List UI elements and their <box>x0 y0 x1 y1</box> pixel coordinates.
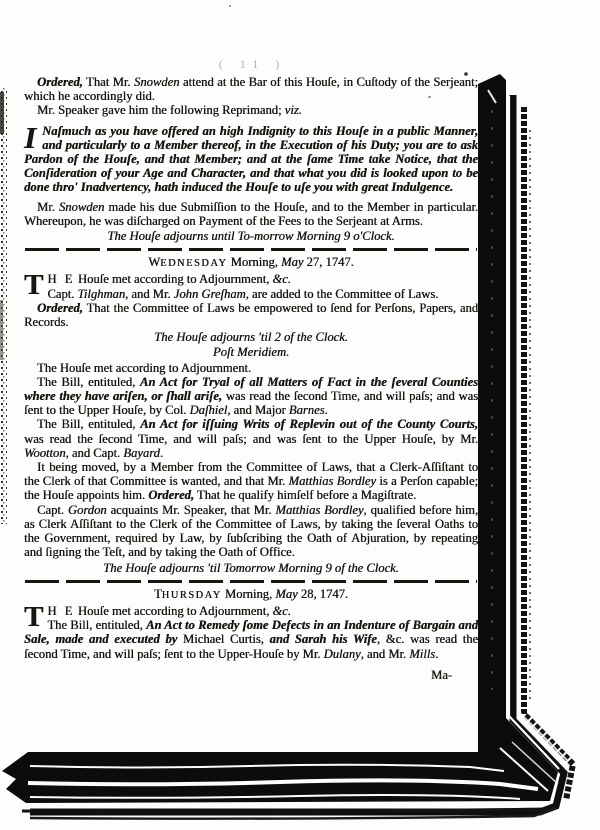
text-run: That Mr. <box>83 75 134 89</box>
text-run: . <box>160 446 163 460</box>
text-run: , are added to the Committee of Laws. <box>246 287 439 301</box>
text-run: Matthias Bordley <box>289 474 376 488</box>
paragraph: Mr. Snowden made his due Submiſſion to t… <box>24 200 478 228</box>
text-run: Matthias Bordley <box>275 503 363 517</box>
text-run: H E <box>47 272 74 286</box>
text-run: Ma- <box>431 668 452 682</box>
paragraph: Capt. Gordon acquaints Mr. Speaker, that… <box>24 503 478 560</box>
text-run: viz. <box>285 103 302 117</box>
scan-artifact-speck <box>229 5 231 7</box>
session-heading: THURSDAY Morning, May 28, 1747. <box>24 587 478 603</box>
paragraph: Ordered, That the Committee of Laws be e… <box>24 301 478 329</box>
paragraph: The Houſe met according to Adjournment. <box>24 361 478 375</box>
text-run: Mr. <box>37 200 59 214</box>
text-run: . <box>435 647 438 661</box>
text-run: Poſt Meridiem. <box>213 345 289 359</box>
text-run: The Bill, entituled, <box>37 417 140 431</box>
section-divider <box>25 248 477 251</box>
catchword: Ma- <box>24 668 478 682</box>
adjournment-line: Poſt Meridiem. <box>24 345 478 359</box>
text-run: Houſe met according to Adjournment, <box>75 604 273 618</box>
paragraph: Mr. Speaker gave him the following Repri… <box>24 103 478 117</box>
paragraph: The Bill, entituled, An Act for iſſuing … <box>24 417 478 460</box>
text-run: Ordered, <box>37 75 83 89</box>
scanned-document-page: ( 11 ) Ordered, That Mr. Snowden attend … <box>0 0 600 830</box>
text-run: , and Mr. <box>361 647 410 661</box>
document-body: Ordered, That Mr. Snowden attend at the … <box>24 75 478 682</box>
text-run: The Bill, entituled, <box>37 375 140 389</box>
text-run: The Houſe adjourns 'til 2 of the Clock. <box>154 330 348 344</box>
session-opening-paragraph: TH E Houſe met according to Adjournment,… <box>24 272 478 300</box>
text-run: acquaints Mr. Speaker, that Mr. <box>107 503 276 517</box>
text-run: Barnes <box>289 403 325 417</box>
text-run: Morning, <box>222 587 276 601</box>
text-run: Ordered, <box>37 301 83 315</box>
text-run: Gordon <box>68 503 107 517</box>
text-run: W <box>148 255 160 269</box>
adjournment-line: The Houſe adjourns 'til Tomorrow Morning… <box>24 561 478 575</box>
text-run: was read the ſecond Time, and will paſs;… <box>24 432 478 446</box>
text-run: Mr. Speaker gave him the following Repri… <box>37 103 285 117</box>
text-run: Houſe met according to Adjournment, <box>75 272 273 286</box>
text-run: HURSDAY <box>162 590 222 601</box>
text-run: Morning, <box>227 255 281 269</box>
reprimand-paragraph: INaſmuch as you have offered an high Ind… <box>24 124 478 195</box>
paragraph: It being moved, by a Member from the Com… <box>24 460 478 503</box>
text-run: 27, 1747. <box>303 255 353 269</box>
text-run: John Greſham <box>174 287 246 301</box>
text-run: The Houſe adjourns until To-morrow Morni… <box>107 229 394 243</box>
text-run: , and Capt. <box>66 446 124 460</box>
drop-cap: T <box>24 604 47 629</box>
text-run: , and Mr. <box>125 287 174 301</box>
text-run: Tilghman <box>77 287 125 301</box>
text-run: 28, 1747. <box>298 587 348 601</box>
text-run: Naſmuch as you have offered an high Indi… <box>24 124 478 195</box>
text-run: Snowden <box>134 75 179 89</box>
text-run: Mills <box>409 647 435 661</box>
text-run: T <box>154 587 162 601</box>
text-run: . <box>324 403 327 417</box>
session-opening-paragraph: TH E Houſe met according to Adjournment,… <box>24 604 478 661</box>
section-divider <box>25 580 477 583</box>
text-run: The Houſe met according to Adjournment. <box>37 361 251 375</box>
text-run: That the Committee of Laws be empowered … <box>24 301 478 329</box>
text-run: &c. <box>272 604 291 618</box>
text-run: Snowden <box>59 200 104 214</box>
paragraph: Ordered, That Mr. Snowden attend at the … <box>24 75 478 103</box>
text-run: , and Major <box>227 403 289 417</box>
drop-cap: T <box>24 272 47 297</box>
text-run: The Bill, entituled, <box>47 618 146 632</box>
text-run: Capt. <box>37 503 68 517</box>
text-run: An Act for iſſuing Writs of Replevin out… <box>140 417 478 431</box>
adjournment-line: The Houſe adjourns 'til 2 of the Clock. <box>24 330 478 344</box>
text-run: Ordered, <box>148 488 194 502</box>
text-run: Wootton <box>24 446 66 460</box>
text-run: Bayard <box>123 446 160 460</box>
text-run: Dulany <box>324 647 361 661</box>
text-run: The Houſe adjourns 'til Tomorrow Morning… <box>103 561 399 575</box>
text-run: EDNESDAY <box>160 258 227 269</box>
text-run: May <box>275 587 297 601</box>
page-number: ( 11 ) <box>0 57 505 72</box>
text-run: H E <box>47 604 74 618</box>
drop-cap: I <box>24 124 42 149</box>
session-heading: WEDNESDAY Morning, May 27, 1747. <box>24 255 478 271</box>
text-run: and Sarah his Wife <box>270 632 377 646</box>
text-run: Capt. <box>47 287 77 301</box>
text-run: Daſhiel <box>189 403 227 417</box>
text-run: &c. <box>272 272 291 286</box>
text-run: Michael Curtis, <box>177 632 269 646</box>
text-run: That he qualify himſelf before a Magiſtr… <box>194 488 416 502</box>
text-run: May <box>281 255 303 269</box>
adjournment-line: The Houſe adjourns until To-morrow Morni… <box>24 229 478 243</box>
paragraph: The Bill, entituled, An Act for Tryal of… <box>24 375 478 418</box>
left-edge-speckle <box>0 88 7 524</box>
